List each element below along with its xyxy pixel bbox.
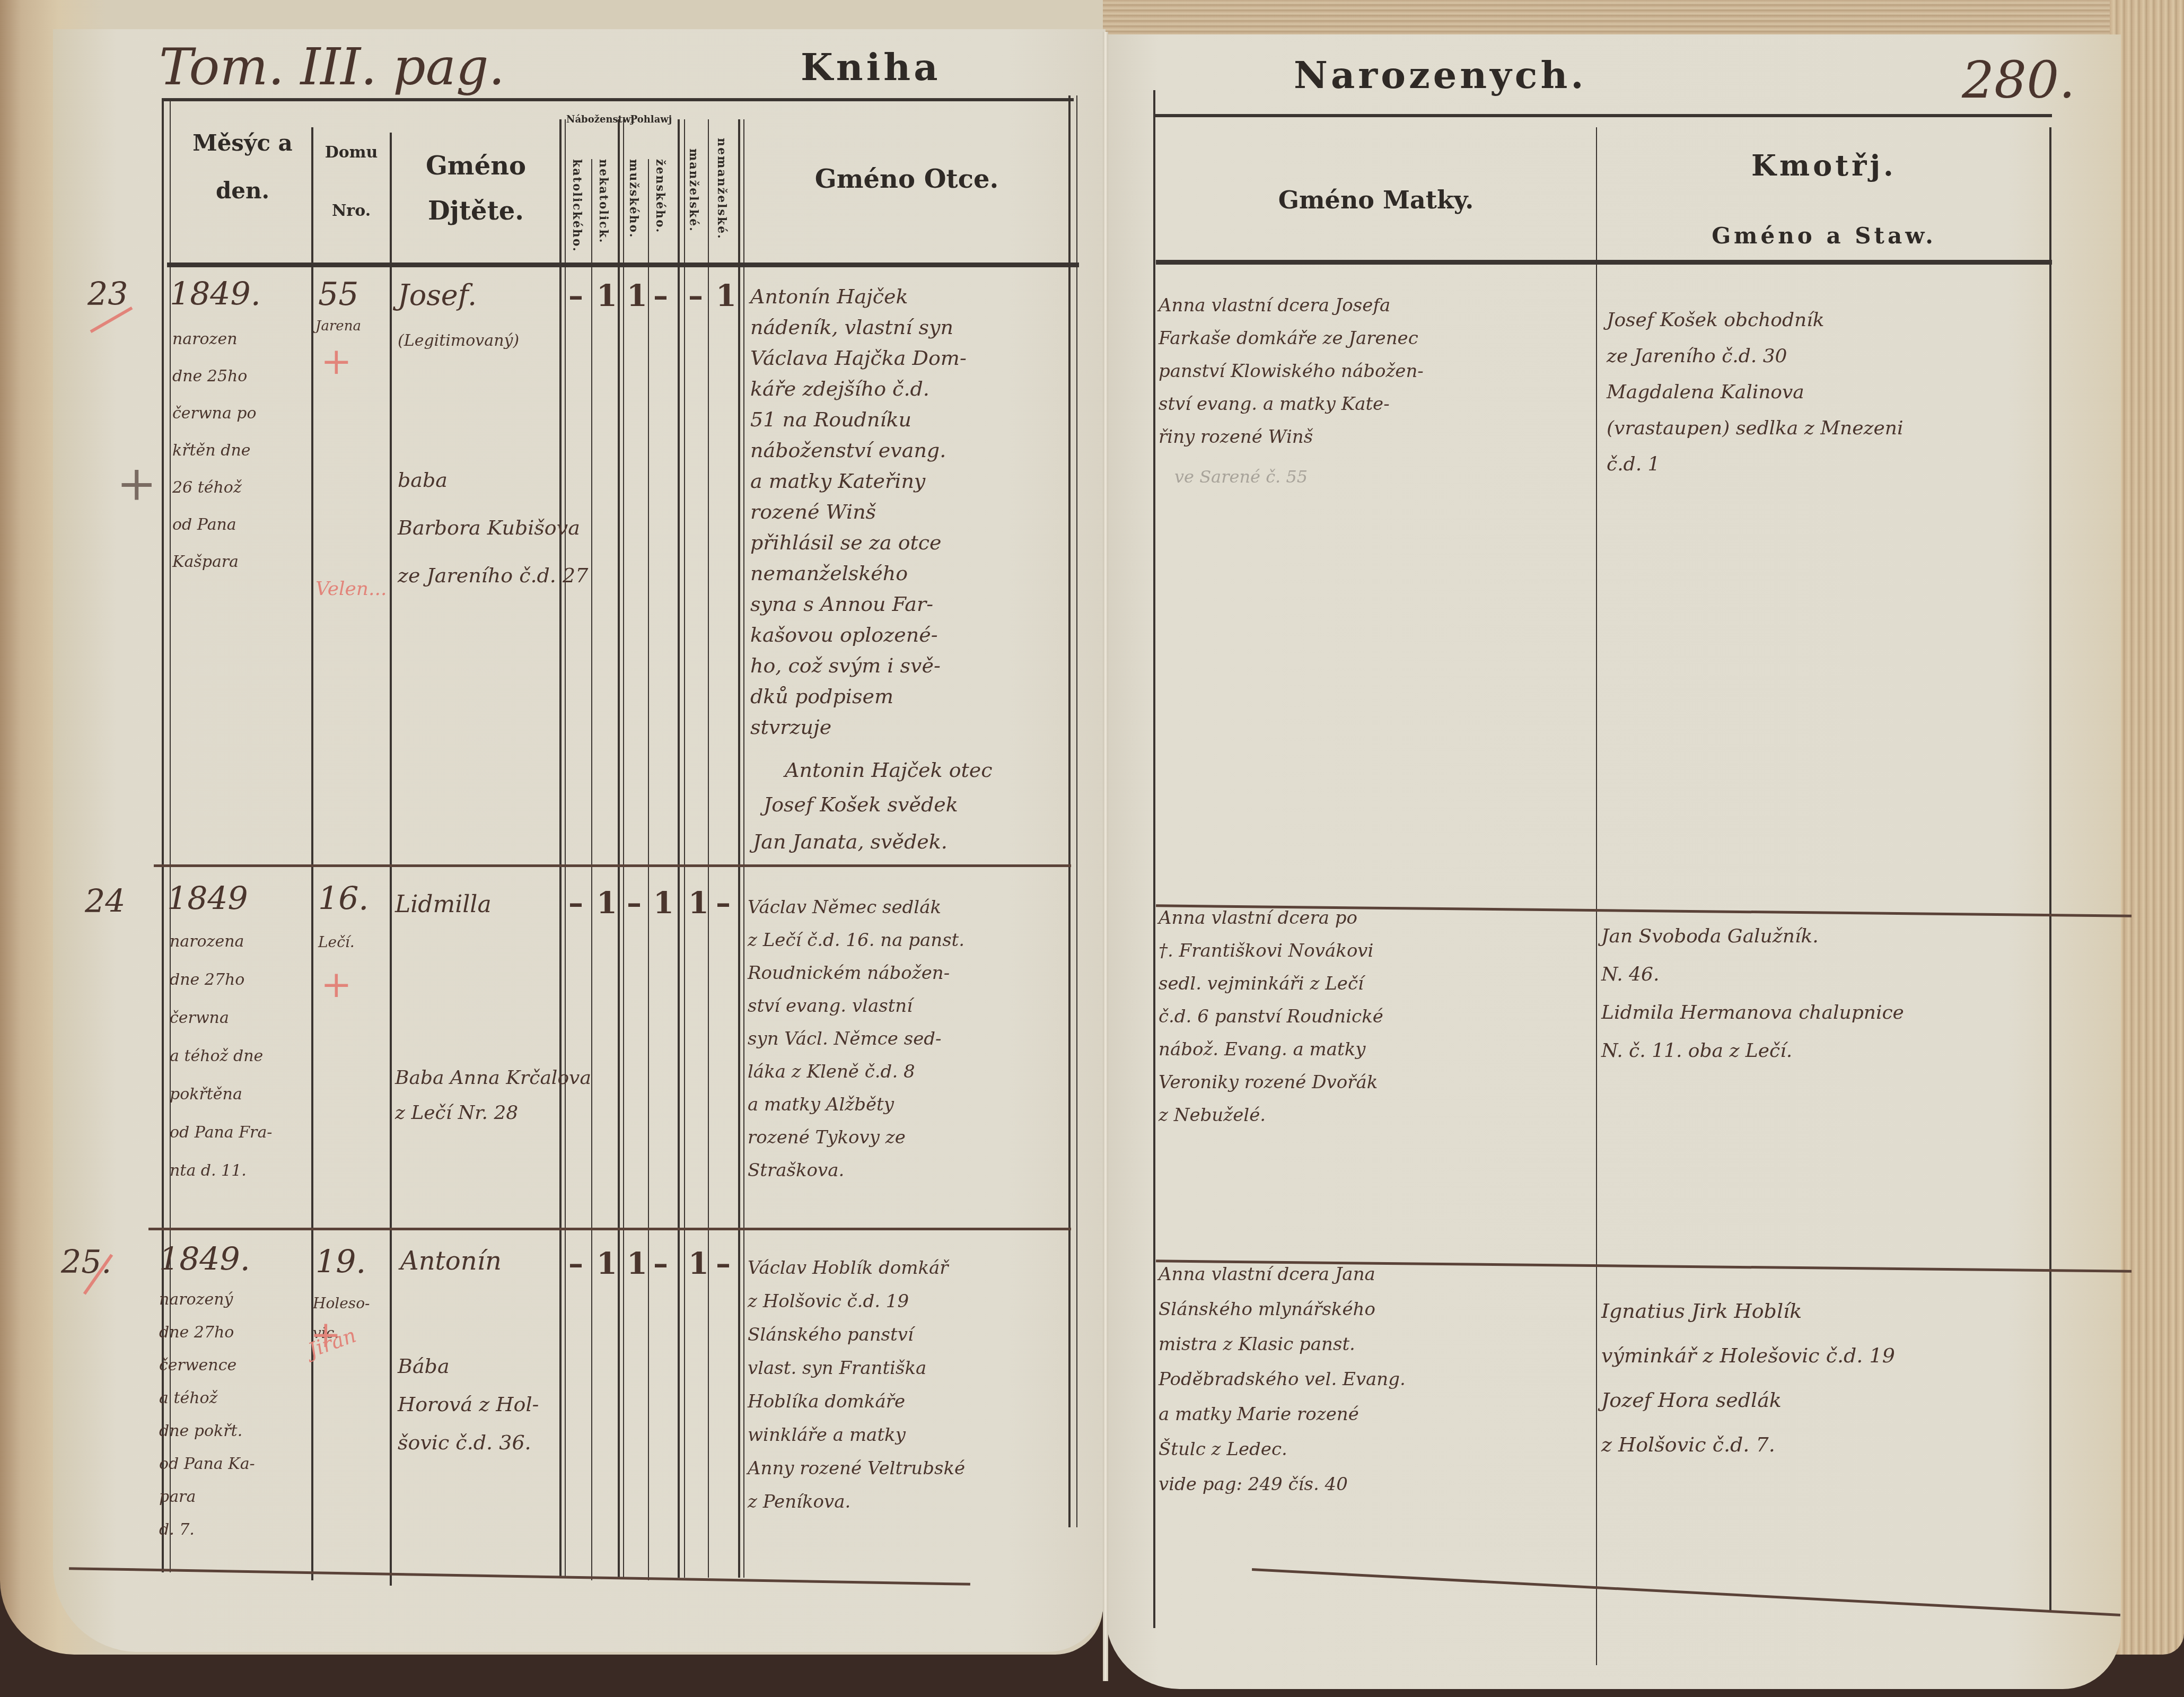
mark-male: 1 [627,278,647,313]
entry-father: Václav Hoblík domkář z Holšovic č.d. 19 … [748,1252,1068,1519]
mark-male: 1 [627,1246,647,1281]
col-divider-house-child [390,133,392,1586]
volume-reference-note: Tom. III. pag. [159,37,505,97]
header-child-line1: Gméno [392,151,559,181]
right-header-bottom-border [1156,260,2052,265]
col-divider-legit-illegit [708,119,709,1578]
header-house-line1: Domu [313,143,390,162]
red-cross-mark-icon: + [310,1313,341,1356]
red-cross-mark-icon: + [321,963,352,1006]
entry-mother: Anna vlastní dcera po †. Františkovi Nov… [1159,902,1593,1132]
right-table-top-border [1153,114,2052,117]
entry-child-name: Antonín [400,1246,502,1276]
mark-female: – [653,1246,668,1281]
row-divider-24-25-left [148,1228,1071,1230]
entry-midwife: baba Barbora Kubišova ze Jareního č.d. 2… [398,456,695,599]
header-house-line2: Nro. [313,202,390,220]
mark-non-catholic: 1 [597,278,617,313]
left-page-title: Kniha [801,45,941,89]
col-divider-illegit-father [738,119,740,1578]
mark-non-catholic: 1 [597,886,617,921]
col-divider-illegit-father-2 [743,119,744,1578]
entry-child-name: Lidmilla [395,891,492,918]
entry-house-place: Jarena [315,318,361,334]
header-godparents-subtitle: Gméno a Staw. [1599,223,2049,249]
page-number: 280. [1962,50,2075,110]
mark-catholic: – [568,278,583,313]
mark-non-catholic: 1 [597,1246,617,1281]
header-religion-group: Náboženstwj [566,114,618,125]
col-divider-date-house [311,127,313,1580]
entry-year: 1849. [170,276,261,313]
red-pencil-note: Velen... [315,578,387,600]
col-divider-mother-godparents [1596,127,1597,1665]
entry-godparents: Ignatius Jirk Hoblík výminkář z Holešovi… [1601,1289,2052,1467]
page-stack-right-edge [2110,0,2184,1655]
mark-illegitimate: 1 [716,278,736,313]
header-religion-catholic: katolického. [570,159,584,252]
header-sex-group: Pohlawj [625,114,678,125]
entry-child-name: Josef. [398,278,477,312]
signature-father: Antonin Hajček otec [785,758,993,782]
right-page-title: Narozenych. [1294,53,1587,97]
red-cross-mark-icon: + [321,339,352,383]
entry-father: Václav Němec sedlák z Lečí č.d. 16. na p… [748,891,1068,1187]
entry-house-number: 55 [318,276,358,313]
header-illegitimate: nemanželské. [715,138,729,240]
entry-year: 1849 [167,880,248,917]
mark-female: – [653,278,668,313]
mark-illegitimate: – [716,886,731,921]
entry-date-text: narozen dne 25ho čerwna po křtěn dne 26 … [172,321,310,581]
signature-witness-1: Josef Košek svědek [764,793,958,816]
entry-midwife: Bába Horová z Hol- šovic č.d. 36. [398,1347,695,1462]
left-table-top-border [162,98,1074,101]
pencil-cross-mark-icon: + [117,456,156,512]
mark-illegitimate: – [716,1246,731,1281]
entry-father: Antonín Hajček nádeník, vlastní syn Václ… [750,281,1068,742]
entry-date-text: narozený dne 27ho čerwence a téhož dne p… [159,1283,310,1546]
header-mother-name: Gméno Matky. [1156,186,1596,214]
entry-house-number: 19. [315,1244,366,1281]
header-father-name: Gméno Otce. [748,164,1066,194]
entry-house-number: 16. [318,880,369,917]
entry-mother: Anna vlastní dcera Josefa Farkaše domkář… [1159,289,1593,453]
mark-male: – [627,886,642,921]
entry-house-place: Lečí. [318,933,355,951]
header-legitimate: manželské. [687,148,700,232]
header-godparents-title: Kmotřj. [1599,148,2049,182]
mark-catholic: – [568,1246,583,1281]
entry-number: 24 [85,883,125,920]
entry-number: 23 [87,276,128,313]
entry-midwife: Baba Anna Krčalova z Lečí Nr. 28 [395,1061,724,1131]
entry-godparents: Jan Svoboda Galužník. N. 46. Lidmila Her… [1601,917,2047,1070]
entry-mother-pencil-note: ve Sarené č. 55 [1174,467,1308,487]
entry-year: 1849. [159,1241,250,1278]
row-divider-23-24-left [154,864,1071,867]
header-sex-female: ženského. [653,159,667,233]
mark-legitimate: 1 [688,886,709,921]
left-table-right-border-2 [1076,95,1077,1527]
right-table-left-border [1153,90,1155,1628]
signature-witness-2: Jan Janata, svědek. [753,830,948,853]
header-sex-male: mužského. [627,159,641,238]
left-table-right-border [1068,95,1071,1527]
mark-legitimate: 1 [688,1246,709,1281]
entry-date-text: narozena dne 27ho čerwna a téhož dne pok… [170,923,310,1190]
mark-female: 1 [653,886,674,921]
mark-catholic: – [568,886,583,921]
header-month-day: Měsýc a den. [175,119,310,215]
entry-mother: Anna vlastní dcera Jana Slánského mlynář… [1159,1257,1593,1502]
header-religion-non-catholic: nekatolick. [597,159,610,243]
entry-child-note: (Legitimovaný) [398,331,519,350]
book-gutter [1103,32,1108,1681]
entry-godparents: Josef Košek obchodník ze Jareního č.d. 3… [1607,302,2047,483]
mark-legitimate: – [688,278,703,313]
header-child-line2: Djtěte. [392,196,559,226]
